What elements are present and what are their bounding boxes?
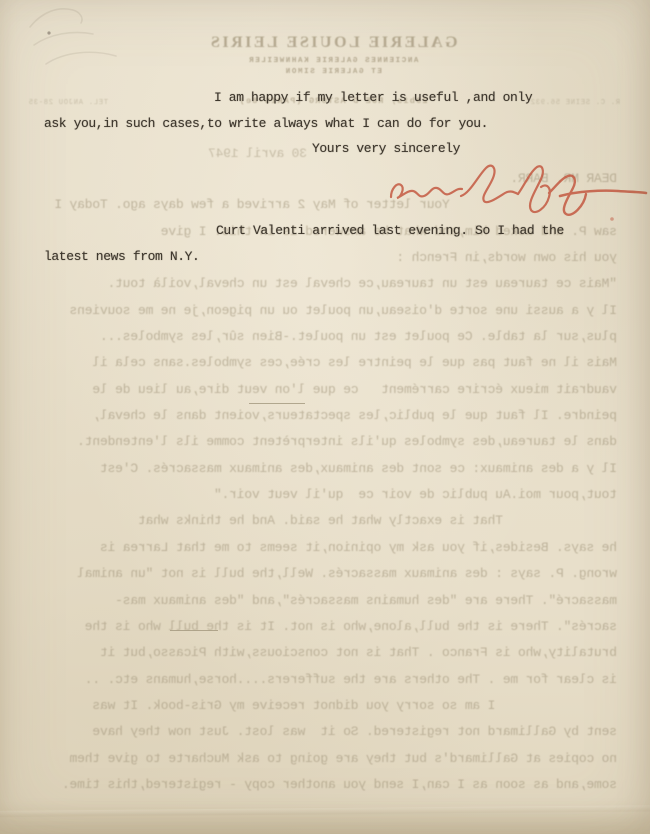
bleedthrough-line: Il y a aussi une sorte d'oiseau,un poule…: [55, 298, 618, 324]
bleedthrough-line: plus,sur la table. Ce poulet est un poul…: [55, 324, 618, 350]
red-ink-speck: [610, 217, 614, 221]
letter-paper: GALERIE LOUISE LEIRIS ANCIENNES GALERIE …: [0, 0, 650, 834]
bleedthrough-line: peindre. Il faut que le public,les spect…: [55, 403, 618, 429]
bleedthrough-line: sent by Gallimard not registered. So it …: [55, 719, 618, 745]
bleedthrough-line: Mais il ne faut pas que le peintre les c…: [55, 350, 618, 376]
typed-line-3: Curt Valenti arrived last evening. So I …: [216, 223, 564, 238]
letter-scan-page: { "recto": { "lines": [ "I am happy if m…: [0, 0, 650, 834]
bleedthrough-line: sacrés". There is the bull,alone,who is …: [55, 614, 618, 640]
bleedthrough-line: brutality,who is Franco . That is not co…: [55, 640, 618, 666]
typed-line-2: ask you,in such cases,to write always wh…: [44, 116, 488, 131]
bleedthrough-letterhead-rc: R. C. SEINE 56.932: [530, 99, 620, 107]
bleedthrough-line: tout,pour moi.Au public de voir ce qu'il…: [55, 482, 618, 508]
typed-underline: [249, 403, 305, 404]
typed-underline: [170, 630, 218, 631]
bleedthrough-line: Your letter of May 2 arrived a few days …: [55, 192, 618, 218]
bleedthrough-line: no copies at Gallimard's but they are go…: [55, 746, 618, 772]
bleedthrough-letterhead-tel: TEL. ANJOU 28-35: [28, 99, 108, 107]
bleedthrough-line: wrong. P. says : des animaux massacrés. …: [55, 561, 618, 587]
bleedthrough-line: he says. Besides,if you ask my opinion,i…: [55, 535, 618, 561]
bleedthrough-line: is clear for me . The others are the suf…: [55, 667, 618, 693]
paper-crease: [0, 805, 650, 818]
bleedthrough-line: I am so sorry you didnot receive my Gris…: [55, 693, 618, 719]
bleedthrough-line: That is exactly what he said. And he thi…: [55, 508, 618, 534]
bleedthrough-line: "Mais ce taureau est un taureau,ce cheva…: [55, 271, 618, 297]
bleedthrough-line: DEAR MR. BARR.: [55, 166, 618, 192]
bleedthrough-line: vaudrait mieux écrire carrément ce que l…: [55, 377, 618, 403]
bleedthrough-letterhead-name: GALERIE LOUISE LEIRIS: [16, 34, 650, 52]
bleedthrough-letterhead-sub1: ANCIENNES GALERIE KAHNWEILER: [16, 57, 650, 65]
bleedthrough-line: dans le taureau,des symboles qu'ils inte…: [55, 429, 618, 455]
bleedthrough-line: massacré". There are "des humains massac…: [55, 588, 618, 614]
bleedthrough-letterhead-sub2: ET GALERIE SIMON: [16, 68, 650, 76]
bleedthrough-date: 30 avril 1947: [208, 146, 307, 161]
ink-speck: [47, 31, 50, 34]
typed-line-4: latest news from N.Y.: [44, 249, 199, 264]
closing-salutation: Yours very sincerely: [312, 141, 460, 156]
bleedthrough-line: Il y a des animaux: ce sont des animaux,…: [55, 456, 618, 482]
typed-line-1: I am happy if my letter is useful ,and o…: [214, 90, 532, 105]
bleedthrough-line: some,and as soon as I can,I send you ano…: [55, 772, 618, 798]
